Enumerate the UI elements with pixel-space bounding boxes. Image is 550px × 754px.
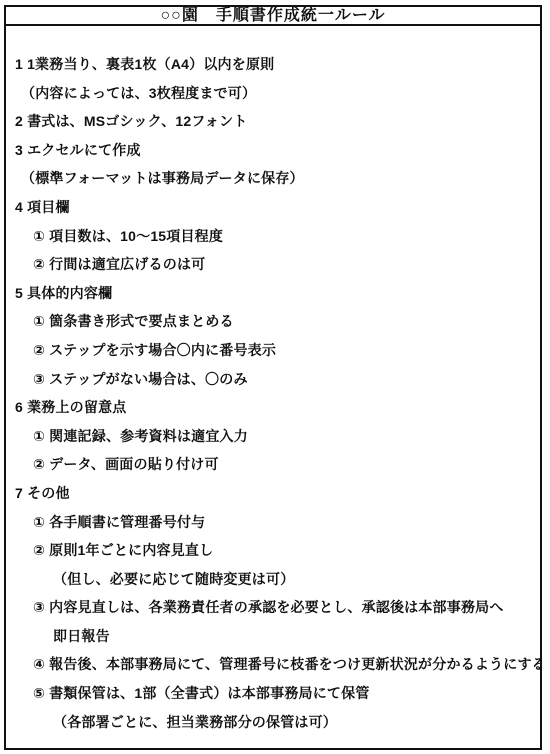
rule-line-5: 5 具体的内容欄 [6, 279, 540, 308]
rule-5-sub-2: ② ステップを示す場合〇内に番号表示 [6, 336, 540, 365]
rule-line-1: 1 1業務当り、裏表1枚（A4）以内を原則 [6, 50, 540, 79]
rule-note-3: （標準フォーマットは事務局データに保存） [6, 164, 540, 193]
rule-line-3: 3 エクセルにて作成 [6, 136, 540, 165]
rule-5-sub-1: ① 箇条書き形式で要点まとめる [6, 307, 540, 336]
rule-4-sub-1: ① 項目数は、10～15項目程度 [6, 222, 540, 251]
rule-7-sub-1: ① 各手順書に管理番号付与 [6, 508, 540, 537]
rule-7-sub-5-note: （各部署ごとに、担当業務部分の保管は可） [6, 708, 540, 737]
rule-6-sub-2: ② データ、画面の貼り付け可 [6, 450, 540, 479]
rule-line-6: 6 業務上の留意点 [6, 393, 540, 422]
rule-line-2: 2 書式は、MSゴシック、12フォント [6, 107, 540, 136]
rule-6-sub-1: ① 関連記録、参考資料は適宜入力 [6, 422, 540, 451]
rule-7-sub-5: ⑤ 書類保管は、1部（全書式）は本部事務局にて保管 [6, 679, 540, 708]
rule-4-sub-2: ② 行間は適宜広げるのは可 [6, 250, 540, 279]
rule-note-1: （内容によっては、3枚程度まで可） [6, 79, 540, 108]
document-page: ○○園 手順書作成統一ルール 1 1業務当り、裏表1枚（A4）以内を原則 （内容… [0, 0, 550, 754]
rule-5-sub-3: ③ ステップがない場合は、〇のみ [6, 365, 540, 394]
rule-7-sub-2-note: （但し、必要に応じて随時変更は可） [6, 565, 540, 594]
rule-line-4: 4 項目欄 [6, 193, 540, 222]
rule-7-sub-4: ④ 報告後、本部事務局にて、管理番号に枝番をつけ更新状況が分かるようにする [6, 650, 540, 679]
rule-line-7: 7 その他 [6, 479, 540, 508]
rule-7-sub-2: ② 原則1年ごとに内容見直し [6, 536, 540, 565]
rule-7-sub-3-cont: 即日報告 [6, 622, 540, 651]
rule-7-sub-3: ③ 内容見直しは、各業務責任者の承認を必要とし、承認後は本部事務局へ [6, 593, 540, 622]
rules-list: 1 1業務当り、裏表1枚（A4）以内を原則 （内容によっては、3枚程度まで可） … [4, 24, 542, 750]
